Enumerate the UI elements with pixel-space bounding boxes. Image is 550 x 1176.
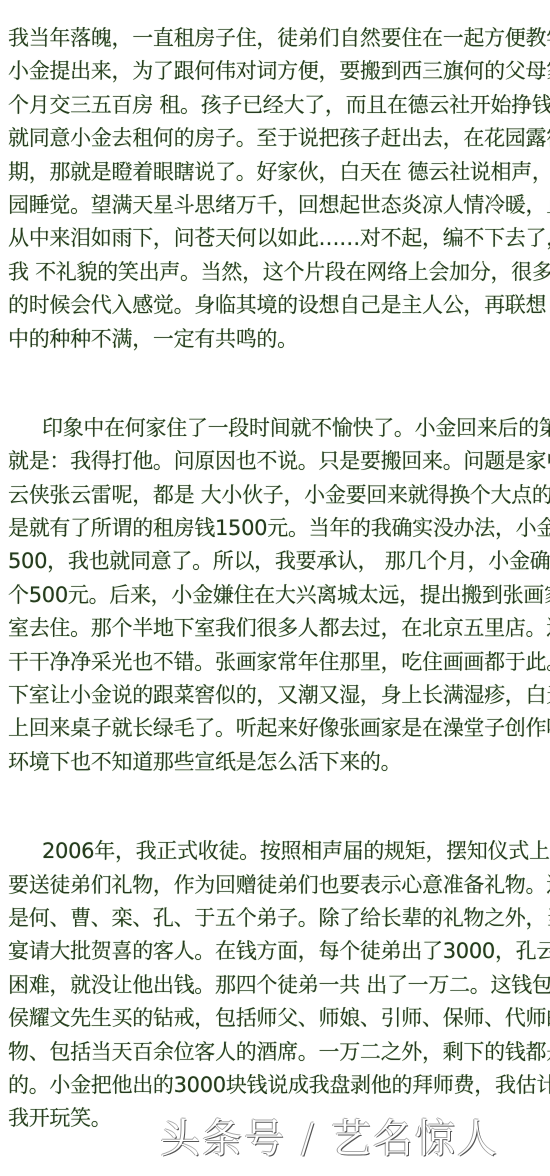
text-line: 是何、曹、栾、孔、于五个弟子。除了给长辈的礼物之外，当天还要 [8,902,544,935]
text-line: 物、包括当天百余位客人的酒席。一万二之外，剩下的钱都是我出 [8,1036,544,1069]
text-line: 干干净净采光也不错。张画家常年住那里，吃住画画都于此。这个地 [8,646,544,679]
text-line: 期，那就是瞪着眼瞎说了。好家伙，白天在 德云社说相声，夜里回花 [8,156,544,189]
text-line: 500，我也就同意了。所以，我要承认， 那几个月，小金确实花了几 [8,545,544,578]
text-line: 从中来泪如雨下，问苍天何以如此……对不起，编不下去了，请原谅 [8,222,544,255]
text-line: 侯耀文先生买的钻戒，包括师父、师娘、引师、保师、代师的五份礼 [8,1002,544,1035]
text-line: 环境下也不知道那些宣纸是怎么活下来的。 [8,746,544,779]
text-line: 下室让小金说的跟菜窖似的，又潮又湿，身上长满湿疹，白天出去晚 [8,679,544,712]
text-line: 我当年落魄，一直租房子住，徒弟们自然要住在一起方便教学。后来 [8,22,544,55]
text-line: 园睡觉。望满天星斗思绪万千，回想起世态炎凉人情冷暖，止不住悲 [8,189,544,222]
text-line: 个月交三五百房 租。孩子已经大了，而且在德云社开始挣钱了，我也 [8,89,544,122]
paragraph-2: 印象中在何家住了一段时间就不愉快了。小金回来后的第一句话 就是：我得打他。问原因… [8,412,544,779]
text-line: 上回来桌子就长绿毛了。听起来好像张画家是在澡堂子创作呢，这个 [8,712,544,745]
watermark: 头条号 / 艺名惊人 [160,1107,499,1164]
text-line: 要送徒弟们礼物，作为回赠徒弟们也要表示心意准备礼物。这次收的 [8,869,544,902]
text-line: 的时候会代入感觉。身临其境的设想自己是主人公，再联想自己生活 [8,289,544,322]
text-line: 2006年，我正式收徒。按照相声届的规矩，摆知仪式上，长辈们 [8,835,544,868]
text-line: 中的种种不满，一定有共鸣的。 [8,323,544,356]
text-line: 我 不礼貌的笑出声。当然，这个片段在网络上会加分，很多人听故事 [8,256,544,289]
text-line: 个500元。后来，小金嫌住在大兴离城太远，提出搬到张画家的地下 [8,579,544,612]
paragraph-gap [8,356,544,412]
article-body: 我当年落魄，一直租房子住，徒弟们自然要住在一起方便教学。后来 小金提出来，为了跟… [8,22,544,1136]
text-line: 困难，就没让他出钱。那四个徒弟一共 出了一万二。这钱包括给师爷 [8,969,544,1002]
text-line: 宴请大批贺喜的客人。在钱方面，每个徒弟出了3000，孔云龙当时太 [8,935,544,968]
text-line: 是就有了所谓的租房钱1500元。当年的我确实没办法，小金提出负担 [8,512,544,545]
text-line: 的。小金把他出的3000块钱说成我盘剥他的拜师费，我估计这是他跟 [8,1069,544,1102]
paragraph-gap [8,779,544,835]
paragraph-1: 我当年落魄，一直租房子住，徒弟们自然要住在一起方便教学。后来 小金提出来，为了跟… [8,22,544,356]
text-line: 云侠张云雷呢，都是 大小伙子，小金要回来就得换个大点的房子。于 [8,479,544,512]
text-line: 印象中在何家住了一段时间就不愉快了。小金回来后的第一句话 [8,412,544,445]
text-line: 小金提出来，为了跟何伟对词方便，要搬到西三旗何的父母家住，每 [8,55,544,88]
text-line: 就同意小金去租何的房子。至于说把孩子赶出去，在花园露宿一个星 [8,122,544,155]
text-line: 室去住。那个半地下室我们很多人都去过，在北京五里店。还挺 好， [8,612,544,645]
text-line: 就是：我得打他。问原因也不说。只是要搬回来。问题是家中还有潘 [8,445,544,478]
paragraph-3: 2006年，我正式收徒。按照相声届的规矩，摆知仪式上，长辈们 要送徒弟们礼物，作… [8,835,544,1136]
